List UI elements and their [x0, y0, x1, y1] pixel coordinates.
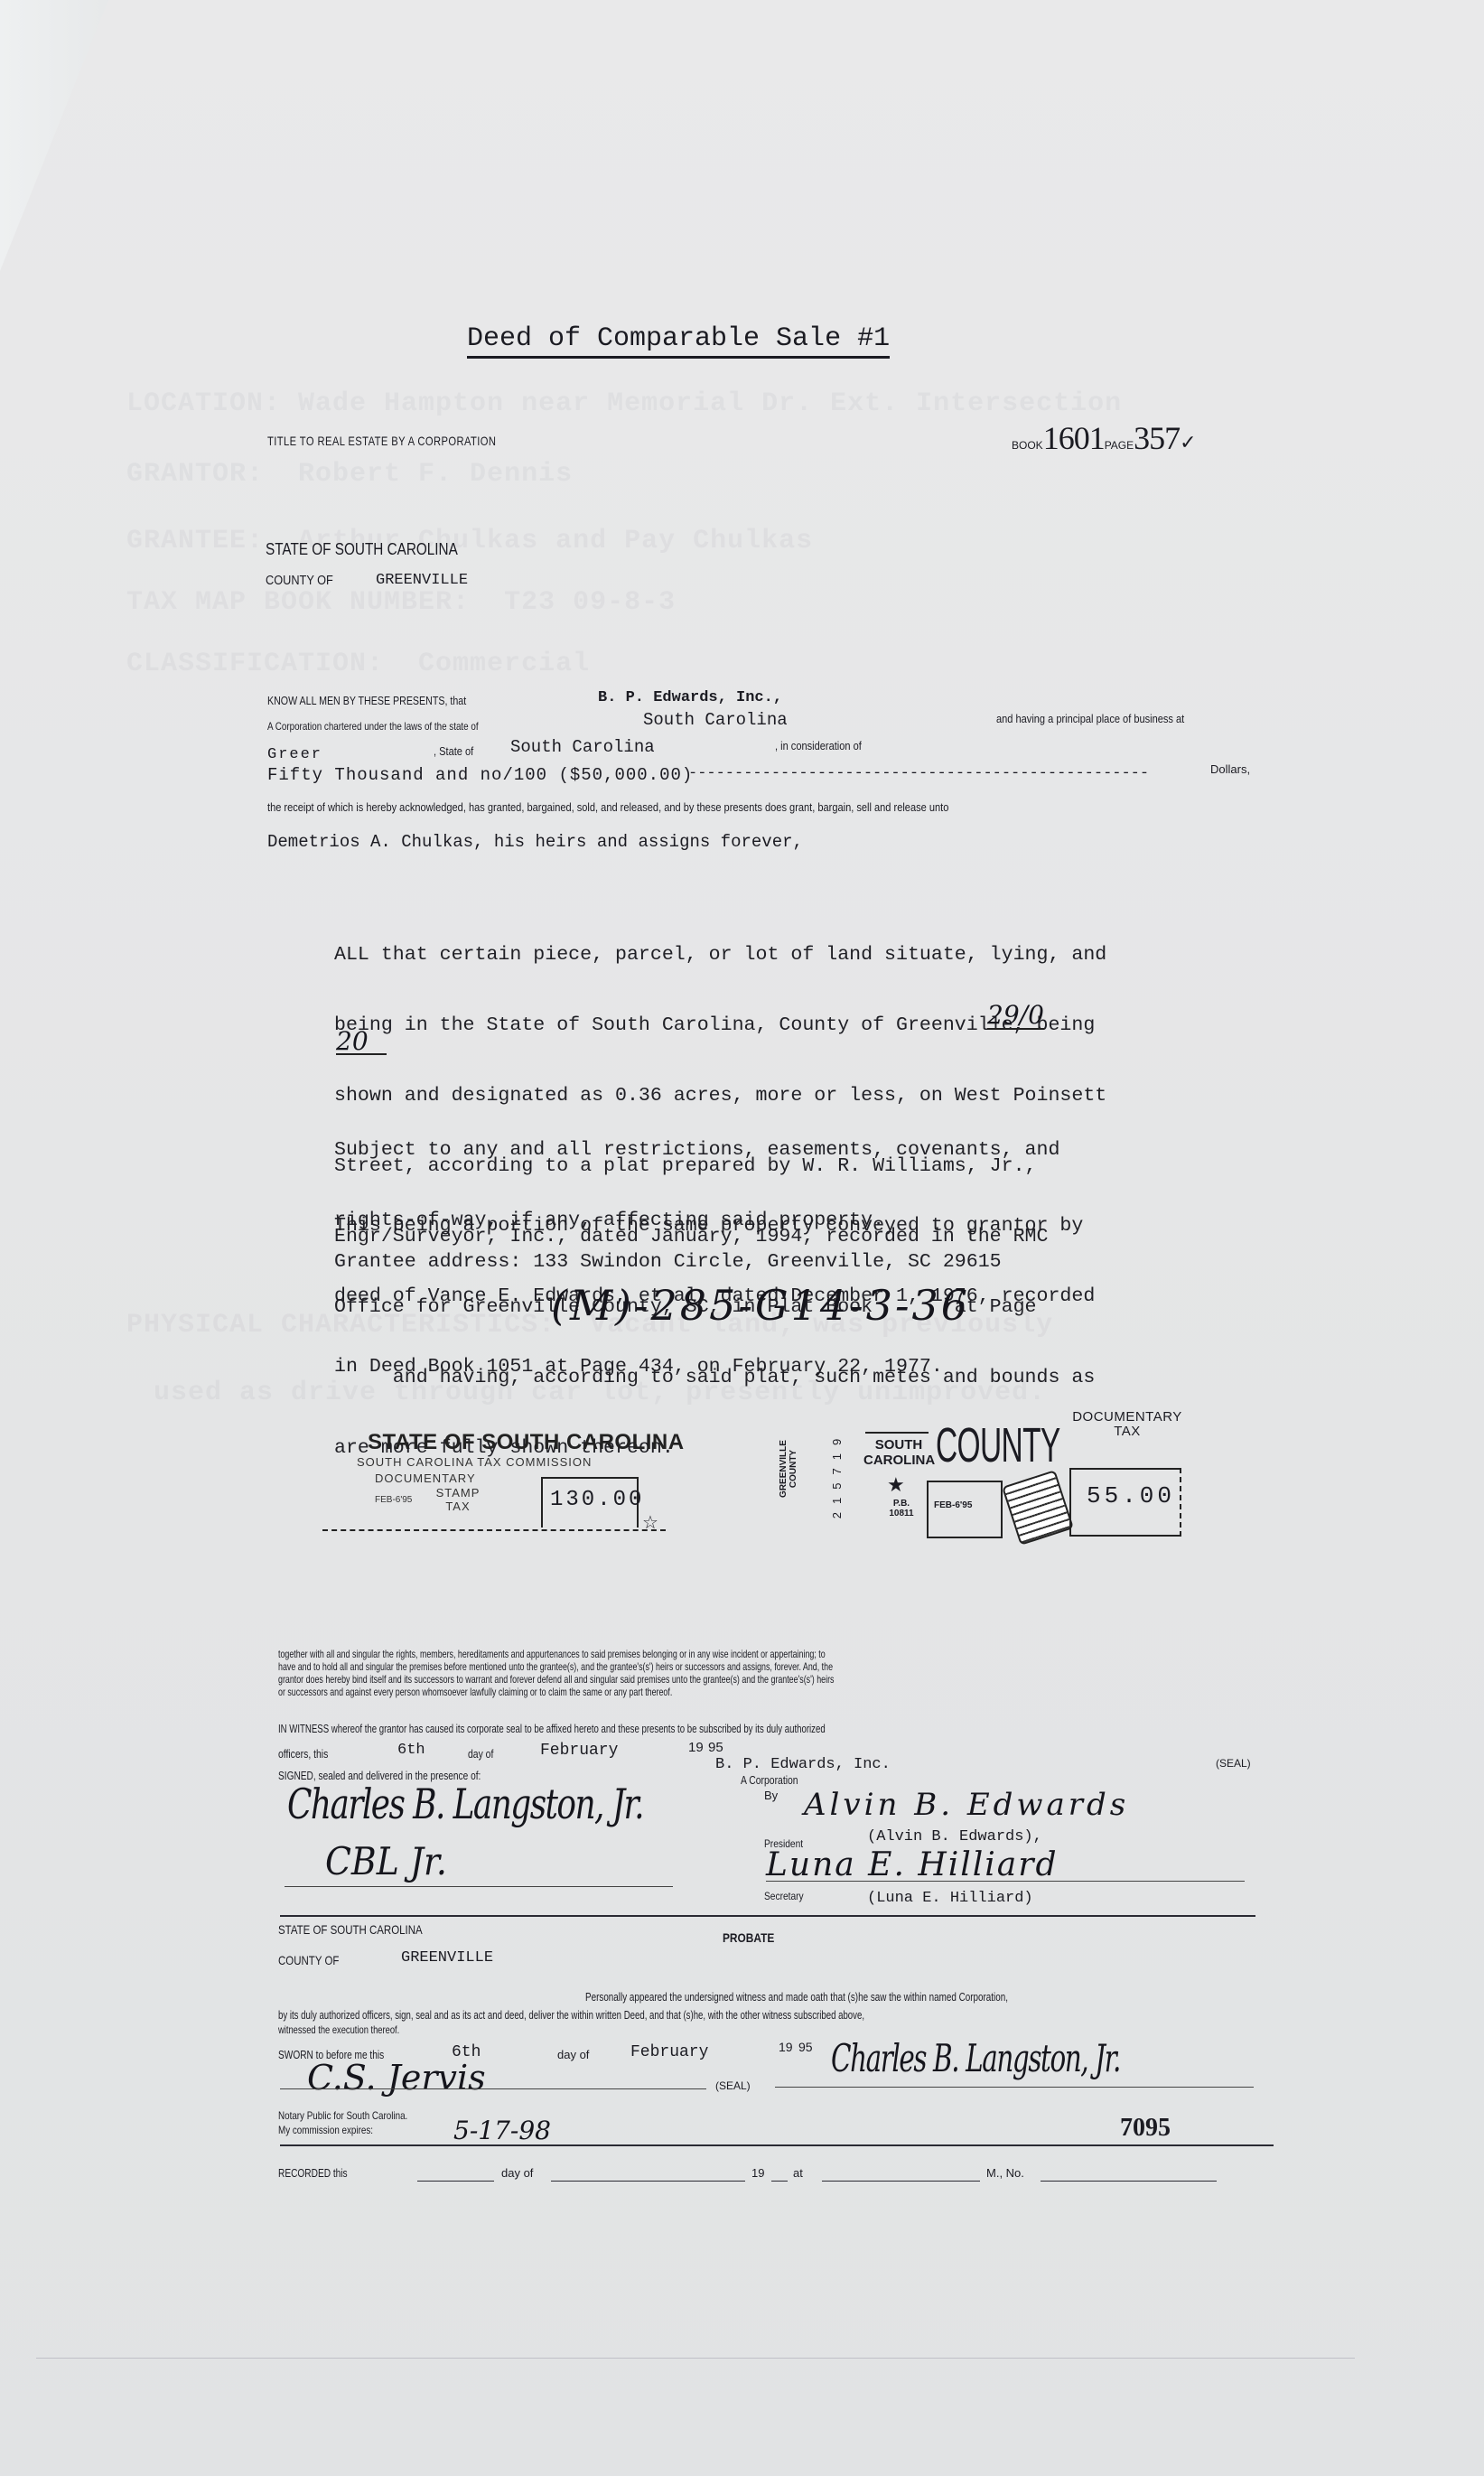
commission-label: My commission expires: — [278, 2124, 373, 2136]
president-name: (Alvin B. Edwards), — [867, 1828, 1042, 1845]
city: Greer — [267, 746, 322, 763]
stamp-serial: 215719 — [830, 1431, 844, 1518]
recorded-label: RECORDED this — [278, 2166, 348, 2180]
page-title: Deed of Comparable Sale #1 — [467, 323, 890, 359]
habendum-line: together with all and singular the right… — [278, 1648, 834, 1660]
secretary-signature-line — [766, 1881, 1245, 1882]
witness-month: February — [540, 1742, 618, 1760]
know-all-text: KNOW ALL MEN BY THESE PRESENTS, that — [267, 694, 466, 707]
notary-signature: C.S. Jervis — [307, 2058, 486, 2098]
habendum-line: grantor does hereby bind itself and its … — [278, 1673, 834, 1686]
desc-line: This being a portion of the same propert… — [334, 1214, 1192, 1238]
probate-witness-signature: Charles B. Langston, Jr. — [831, 2036, 1120, 2080]
consideration-amount: Fifty Thousand and no/100 ($50,000.00) — [267, 765, 693, 785]
sworn-month: February — [630, 2043, 708, 2061]
recorded-day-blank[interactable] — [417, 2181, 494, 2182]
deed-page: LOCATION: Wade Hampton near Memorial Dr.… — [0, 0, 1484, 2476]
stamp-documentary: DOCUMENTARY — [375, 1472, 476, 1485]
seal-label: (SEAL) — [1216, 1757, 1251, 1770]
sworn-day-of-label: day of — [557, 2048, 589, 2061]
day-of-label: day of — [468, 1747, 493, 1761]
stamp-commission: SOUTH CAROLINA TAX COMMISSION — [357, 1455, 592, 1469]
habendum-line: have and to hold all and singular the pr… — [278, 1660, 834, 1673]
stamp-date: FEB-6'95 — [934, 1500, 972, 1510]
bleed-through: LOCATION: Wade Hampton near Memorial Dr.… — [126, 388, 1122, 419]
state-tax-stamp: STATE OF SOUTH CAROLINA SOUTH CAROLINA T… — [321, 1430, 673, 1543]
book-label: BOOK — [1012, 439, 1043, 452]
state-label: STATE OF SOUTH CAROLINA — [266, 540, 458, 559]
book-number: 1601 — [1043, 420, 1105, 456]
secretary-name: (Luna E. Hilliard) — [867, 1890, 1033, 1907]
recorded-time-blank[interactable] — [822, 2181, 980, 2182]
scroll-icon — [1002, 1470, 1074, 1546]
notary-signature-line — [280, 2088, 706, 2089]
tax-map-number-handwritten: (M)-285-G14-3-36 — [551, 1281, 970, 1330]
grantee-address: Grantee address: 133 Swindon Circle, Gre… — [334, 1250, 1192, 1274]
bleed-through: GRANTEE: Arthur Chulkas and Pay Chulkas — [126, 526, 813, 556]
witness-signature-line — [285, 1886, 673, 1887]
corporation-name: B. P. Edwards, Inc. — [715, 1756, 891, 1773]
stamp-pb: P.B. 10811 — [882, 1499, 921, 1518]
stamp-county-side: GREENVILLE COUNTY — [779, 1428, 798, 1509]
bleed-through: TAX MAP BOOK NUMBER: T23 09-8-3 — [126, 587, 676, 618]
recorded-year-prefix: 19 — [751, 2166, 764, 2180]
stamp-sc-label: SOUTH CAROLINA — [863, 1437, 934, 1468]
notary-label: Notary Public for South Carolina. — [278, 2109, 407, 2122]
a-corporation-label: A Corporation — [741, 1773, 798, 1787]
commission-date: 5-17-98 — [453, 2116, 551, 2145]
county-value: GREENVILLE — [376, 572, 468, 589]
chartered-text: A Corporation chartered under the laws o… — [267, 720, 479, 733]
page-number: 357 — [1134, 420, 1180, 456]
officers-this-label: officers, this — [278, 1747, 328, 1761]
business-state: South Carolina — [510, 737, 655, 757]
probate-state-label: STATE OF SOUTH CAROLINA — [278, 1922, 423, 1937]
desc-line: Subject to any and all restrictions, eas… — [334, 1138, 1192, 1162]
faint-crease-line — [36, 2358, 1355, 2359]
book-page-reference: BOOK1601PAGE357✓ — [1012, 419, 1197, 457]
stamp-county-label: COUNTY — [936, 1417, 1060, 1473]
document-number: 7095 — [1120, 2114, 1171, 2143]
amount-dashes: ----------------------------------------… — [688, 765, 1149, 782]
check-mark-icon: ✓ — [1180, 431, 1196, 453]
probate-text-3: witnessed the execution thereof. — [278, 2023, 399, 2036]
probate-seal-label: (SEAL) — [715, 2079, 751, 2092]
county-stamp-amount: 55.00 — [1087, 1482, 1175, 1509]
section-divider — [280, 1915, 1255, 1917]
witness-signature-2: CBL Jr. — [325, 1839, 447, 1883]
habendum-line: or successors and against every person w… — [278, 1686, 834, 1698]
habendum-clause: together with all and singular the right… — [278, 1648, 834, 1698]
recorded-year-blank[interactable] — [771, 2181, 788, 2182]
bleed-through: GRANTOR: Robert F. Dennis — [126, 459, 573, 490]
president-signature: Alvin B. Edwards — [804, 1787, 1129, 1823]
county-label: COUNTY OF — [266, 573, 333, 588]
page-fold-shadow — [0, 0, 117, 2476]
witness-day: 6th — [397, 1742, 425, 1759]
plat-book-handwritten: 29/0 — [987, 1003, 1044, 1030]
stamp-doc-tax-label: DOCUMENTARY TAX — [1069, 1410, 1186, 1439]
state-of-text: , State of — [434, 744, 473, 758]
principal-place-text: and having a principal place of business… — [996, 712, 1184, 725]
consideration-text: , in consideration of — [775, 739, 862, 752]
year-prefix: 19 — [688, 1740, 704, 1755]
star-icon: ☆ — [642, 1511, 658, 1534]
stamp-state-heading: STATE OF SOUTH CAROLINA — [368, 1430, 685, 1455]
bleed-through: CLASSIFICATION: Commercial — [126, 649, 590, 679]
state-stamp-amount: 130.00 — [550, 1488, 644, 1512]
recorded-number-blank[interactable] — [1041, 2181, 1217, 2182]
grantor-name: B. P. Edwards, Inc., — [598, 689, 782, 706]
page-label: PAGE — [1105, 439, 1134, 452]
recorded-month-blank[interactable] — [551, 2181, 745, 2182]
receipt-text: the receipt of which is hereby acknowled… — [267, 800, 948, 814]
recorded-at-label: at — [793, 2166, 803, 2180]
witness-year: 95 — [708, 1740, 723, 1755]
probate-witness-line — [775, 2087, 1254, 2088]
witness-clause: IN WITNESS whereof the grantor has cause… — [278, 1722, 826, 1735]
dollars-label: Dollars, — [1210, 762, 1250, 776]
stamp-line — [865, 1432, 929, 1434]
recorded-day-of-label: day of — [501, 2166, 533, 2180]
charter-state: South Carolina — [643, 710, 788, 730]
desc-line: ALL that certain piece, parcel, or lot o… — [334, 943, 1192, 967]
probate-county-label: COUNTY OF — [278, 1953, 339, 1967]
form-heading: TITLE TO REAL ESTATE BY A CORPORATION — [267, 434, 496, 448]
sworn-year: 95 — [798, 2040, 813, 2054]
probate-divider — [280, 2144, 1274, 2146]
witness-signature-1: Charles B. Langston, Jr. — [287, 1780, 643, 1828]
star-icon: ★ — [887, 1473, 905, 1497]
secretary-label: Secretary — [764, 1890, 804, 1902]
desc-line: being in the State of South Carolina, Co… — [334, 1014, 1192, 1037]
probate-text-2: by its duly authorized officers, sign, s… — [278, 2008, 864, 2022]
desc-line: in Deed Book 1051 at Page 434, on Februa… — [334, 1355, 1192, 1378]
probate-text-1: Personally appeared the undersigned witn… — [585, 1990, 1008, 2004]
grantee-line: Demetrios A. Chulkas, his heirs and assi… — [267, 832, 803, 852]
probate-heading: PROBATE — [723, 1930, 774, 1945]
sworn-year-prefix: 19 — [779, 2040, 793, 2054]
plat-page-handwritten: 20 — [336, 1030, 387, 1055]
recorded-m-no-label: M., No. — [986, 2166, 1024, 2180]
secretary-signature: Luna E. Hilliard — [766, 1846, 1059, 1883]
by-label: By — [764, 1789, 778, 1802]
county-tax-stamp: GREENVILLE COUNTY 215719 SOUTH CAROLINA … — [775, 1405, 1199, 1540]
probate-county-value: GREENVILLE — [401, 1949, 493, 1967]
